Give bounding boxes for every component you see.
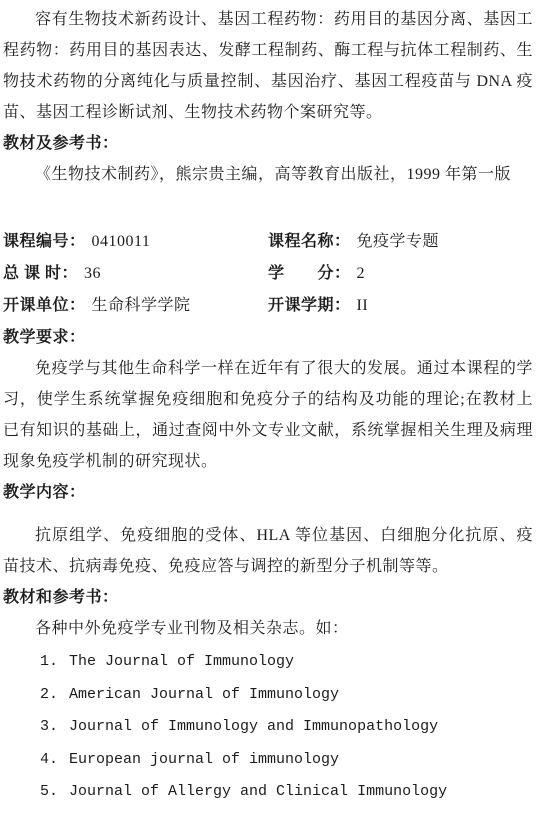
teaching-content-paragraph: 抗原组学、免疫细胞的受体、HLA 等位基因、白细胞分化抗原、疫苗技术、抗病毒免疫… bbox=[3, 520, 533, 582]
biotech-course-content-paragraph: 容有生物技术新药设计、基因工程药物：药用目的基因分离、基因工程药物：药用目的基因… bbox=[3, 4, 533, 128]
textbook-reference-line: 《生物技术制药》，熊宗贵主编，高等教育出版社，1999 年第一版 bbox=[3, 159, 533, 190]
semester-cell: 开课学期： II bbox=[268, 290, 368, 322]
teaching-content-heading: 教学内容： bbox=[3, 477, 533, 508]
teaching-requirements-paragraph: 免疫学与其他生命科学一样在近年有了很大的发展。通过本课程的学习，使学生系统掌握免… bbox=[3, 353, 533, 477]
textbook-and-references-heading: 教材和参考书： bbox=[3, 582, 533, 613]
teaching-requirements-heading: 教学要求： bbox=[3, 322, 533, 353]
course-row-hours-credits: 总 课 时： 36 学 分： 2 bbox=[3, 258, 533, 290]
journal-number: 3. bbox=[40, 711, 58, 744]
semester-label: 开课学期： bbox=[268, 290, 351, 322]
total-hours-value: 36 bbox=[84, 258, 101, 290]
course-info-table: 课程编号： 0410011 课程名称： 免疫学专题 总 课 时： 36 学 分：… bbox=[3, 226, 533, 322]
journal-title: Journal of Immunology and Immunopatholog… bbox=[69, 711, 438, 744]
credits-cell: 学 分： 2 bbox=[268, 258, 365, 290]
total-hours-label: 总 课 时： bbox=[3, 258, 78, 290]
total-hours-cell: 总 课 时： 36 bbox=[3, 258, 268, 290]
credits-value: 2 bbox=[357, 258, 366, 290]
list-item: 2. American Journal of Immunology bbox=[3, 679, 533, 712]
course-row-unit-semester: 开课单位： 生命科学学院 开课学期： II bbox=[3, 290, 533, 322]
journal-title: American Journal of Immunology bbox=[69, 679, 339, 712]
section-spacer bbox=[3, 190, 533, 226]
textbook-references-heading: 教材及参考书： bbox=[3, 128, 533, 159]
journal-list: 1. The Journal of Immunology 2. American… bbox=[3, 646, 533, 809]
journal-title: European journal of immunology bbox=[69, 744, 339, 777]
credits-label: 学 分： bbox=[268, 258, 351, 290]
semester-value: II bbox=[357, 290, 369, 322]
journal-number: 1. bbox=[40, 646, 58, 679]
list-item: 4. European journal of immunology bbox=[3, 744, 533, 777]
journal-title: Journal of Allergy and Clinical Immunolo… bbox=[69, 776, 447, 809]
course-number-cell: 课程编号： 0410011 bbox=[3, 226, 268, 258]
course-name-value: 免疫学专题 bbox=[357, 226, 440, 258]
list-item: 1. The Journal of Immunology bbox=[3, 646, 533, 679]
course-row-number-name: 课程编号： 0410011 课程名称： 免疫学专题 bbox=[3, 226, 533, 258]
journal-title: The Journal of Immunology bbox=[69, 646, 294, 679]
journal-number: 2. bbox=[40, 679, 58, 712]
offering-unit-cell: 开课单位： 生命科学学院 bbox=[3, 290, 268, 322]
course-number-label: 课程编号： bbox=[3, 226, 86, 258]
references-intro-line: 各种中外免疫学专业刊物及相关杂志。如： bbox=[3, 613, 533, 644]
course-name-label: 课程名称： bbox=[268, 226, 351, 258]
list-item: 5. Journal of Allergy and Clinical Immun… bbox=[3, 776, 533, 809]
course-name-cell: 课程名称： 免疫学专题 bbox=[268, 226, 439, 258]
offering-unit-label: 开课单位： bbox=[3, 290, 86, 322]
course-number-value: 0410011 bbox=[92, 226, 151, 258]
journal-number: 5. bbox=[40, 776, 58, 809]
document-page: 容有生物技术新药设计、基因工程药物：药用目的基因分离、基因工程药物：药用目的基因… bbox=[0, 0, 537, 817]
offering-unit-value: 生命科学学院 bbox=[92, 290, 191, 322]
list-item: 3. Journal of Immunology and Immunopatho… bbox=[3, 711, 533, 744]
journal-number: 4. bbox=[40, 744, 58, 777]
